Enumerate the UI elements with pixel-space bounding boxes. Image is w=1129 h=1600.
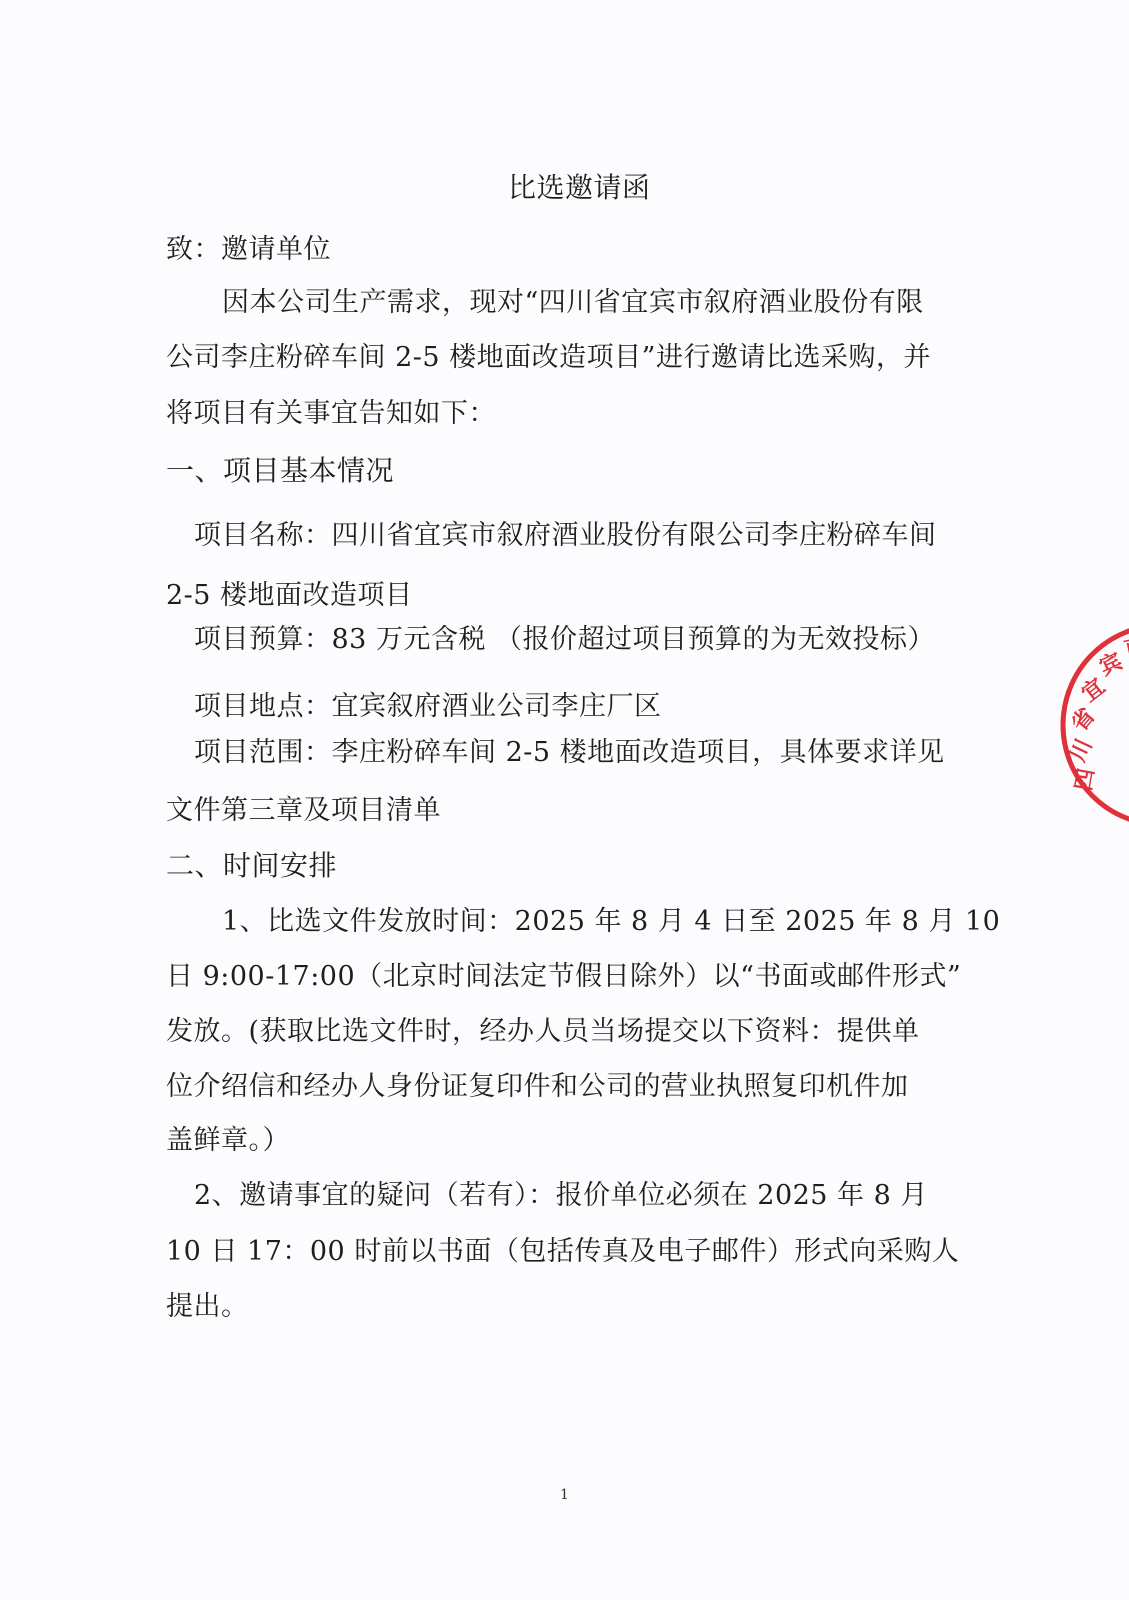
project-name-line-2: 2-5 楼地面改造项目 <box>166 580 413 612</box>
document-title: 比选邀请函 <box>508 172 651 204</box>
schedule-item-1-line-4: 位介绍信和经办人身份证复印件和公司的营业执照复印机件加 <box>166 1071 909 1103</box>
intro-line-2: 公司李庄粉碎车间 2-5 楼地面改造项目”进行邀请比选采购，并 <box>166 342 931 374</box>
schedule-item-2-line-2: 10 日 17：00 时前以书面（包括传真及电子邮件）形式向采购人 <box>166 1236 959 1268</box>
schedule-item-2-line-1: 2、邀请事宜的疑问（若有）：报价单位必须在 2025 年 8 月 <box>194 1180 928 1212</box>
company-seal-icon: 四 川 省 宜 宾 市 叙 <box>1058 620 1129 830</box>
svg-text:宾: 宾 <box>1095 648 1126 681</box>
project-location: 项目地点：宜宾叙府酒业公司李庄厂区 <box>194 691 662 723</box>
intro-line-1: 因本公司生产需求，现对“四川省宜宾市叙府酒业股份有限 <box>222 287 924 319</box>
schedule-item-1-line-3: 发放。(获取比选文件时，经办人员当场提交以下资料：提供单 <box>166 1016 920 1048</box>
schedule-item-1-line-1: 1、比选文件发放时间：2025 年 8 月 4 日至 2025 年 8 月 10 <box>222 906 1000 938</box>
page-number: 1 <box>0 1487 1129 1503</box>
document-page: 比选邀请函 致：邀请单位 因本公司生产需求，现对“四川省宜宾市叙府酒业股份有限 … <box>0 0 1129 1600</box>
svg-text:四: 四 <box>1070 766 1099 792</box>
schedule-item-2-line-3: 提出。 <box>166 1291 249 1323</box>
section-heading-schedule: 二、时间安排 <box>166 850 337 882</box>
project-name-line-1: 项目名称：四川省宜宾市叙府酒业股份有限公司李庄粉碎车间 <box>194 520 937 552</box>
section-heading-project-info: 一、项目基本情况 <box>166 455 394 487</box>
intro-line-3: 将项目有关事宜告知如下： <box>166 398 496 430</box>
schedule-item-1-line-5: 盖鲜章。） <box>166 1125 290 1157</box>
svg-text:省: 省 <box>1066 703 1100 737</box>
project-scope-line-2: 文件第三章及项目清单 <box>166 795 441 827</box>
schedule-item-1-line-2: 日 9:00-17:00（北京时间法定节假日除外）以“书面或邮件形式” <box>166 961 961 993</box>
project-budget: 项目预算：83 万元含税 （报价超过项目预算的为无效投标） <box>194 624 935 656</box>
svg-text:市: 市 <box>1122 632 1129 662</box>
project-scope-line-1: 项目范围：李庄粉碎车间 2-5 楼地面改造项目，具体要求详见 <box>194 737 945 769</box>
addressee: 致：邀请单位 <box>166 234 331 266</box>
